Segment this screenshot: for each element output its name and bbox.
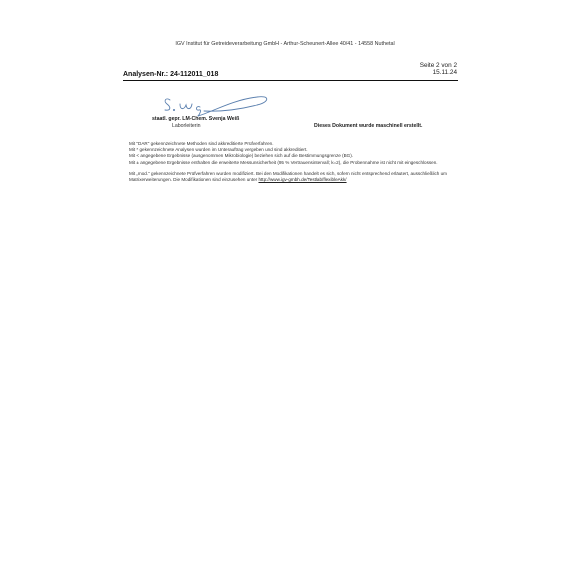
signer-role: Laborleiterin xyxy=(172,123,201,129)
note-modified-methods: Mit „mod." gekennzeichnete Prüfverfahren… xyxy=(129,171,459,183)
institute-header: IGV Institut für Getreideverarbeitung Gm… xyxy=(0,41,570,47)
machine-generated-note: Dieses Dokument wurde maschinell erstell… xyxy=(314,123,422,129)
document-date: 15.11.24 xyxy=(420,69,457,76)
note-uncertainty: Mit ± angegebene Ergebnisse enthalten di… xyxy=(129,160,459,166)
flexible-accreditation-link[interactable]: http://www.igv-gmbh.de/Testlab/flexibleA… xyxy=(258,177,346,182)
page-info: Seite 2 von 2 xyxy=(420,62,457,69)
signer-name: staatl. gepr. LM-Chem. Svenja Weiß xyxy=(152,116,239,122)
page-meta: Seite 2 von 2 15.11.24 xyxy=(420,62,457,76)
analysis-header-row: Analysen-Nr.: 24-112011_018 Seite 2 von … xyxy=(123,62,458,80)
analysis-number: Analysen-Nr.: 24-112011_018 xyxy=(123,71,218,78)
legend-notes: Mit "DAR" gekennzeichnete Methoden sind … xyxy=(129,141,459,183)
header-divider xyxy=(123,80,458,81)
